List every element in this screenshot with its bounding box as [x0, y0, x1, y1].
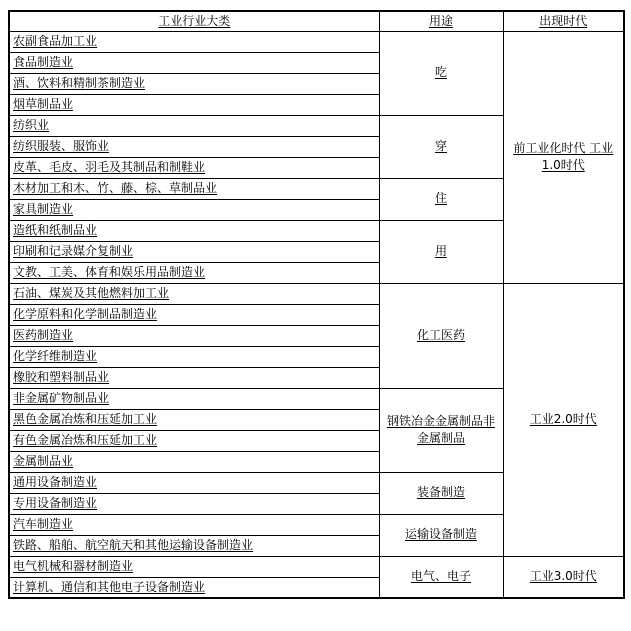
usage-cell-eat: 吃: [379, 31, 503, 115]
industry-cell: 农副食品加工业: [9, 31, 379, 52]
industry-cell: 化学纤维制造业: [9, 346, 379, 367]
industry-cell: 医药制造业: [9, 325, 379, 346]
usage-cell-chemical-pharma: 化工医药: [379, 283, 503, 388]
industry-cell: 黑色金属冶炼和压延加工业: [9, 409, 379, 430]
industry-cell: 烟草制品业: [9, 94, 379, 115]
usage-cell-electric-electronics: 电气、电子: [379, 556, 503, 598]
industry-cell: 非金属矿物制品业: [9, 388, 379, 409]
era-cell-industry-2-0: 工业2.0时代: [503, 283, 624, 556]
industry-cell: 文教、工美、体育和娱乐用品制造业: [9, 262, 379, 283]
industry-cell: 通用设备制造业: [9, 472, 379, 493]
industry-cell: 皮革、毛皮、羽毛及其制品和制鞋业: [9, 157, 379, 178]
industry-cell: 汽车制造业: [9, 514, 379, 535]
header-row: 工业行业大类 用途 出现时代: [9, 11, 624, 31]
table-row: 农副食品加工业 吃 前工业化时代 工业1.0时代: [9, 31, 624, 52]
industry-cell: 有色金属冶炼和压延加工业: [9, 430, 379, 451]
industry-cell: 化学原料和化学制品制造业: [9, 304, 379, 325]
era-cell-industry-1-0: 前工业化时代 工业1.0时代: [503, 31, 624, 283]
industry-cell: 电气机械和器材制造业: [9, 556, 379, 577]
industry-cell: 铁路、船舶、航空航天和其他运输设备制造业: [9, 535, 379, 556]
header-era: 出现时代: [503, 11, 624, 31]
industry-cell: 纺织服装、服饰业: [9, 136, 379, 157]
table-row: 电气机械和器材制造业 电气、电子 工业3.0时代: [9, 556, 624, 577]
industry-cell: 专用设备制造业: [9, 493, 379, 514]
header-industry-category: 工业行业大类: [9, 11, 379, 31]
industry-cell: 造纸和纸制品业: [9, 220, 379, 241]
industry-cell: 印刷和记录媒介复制业: [9, 241, 379, 262]
page: 工业行业大类 用途 出现时代 农副食品加工业 吃 前工业化时代 工业1.0时代 …: [0, 0, 631, 599]
industry-cell: 石油、煤炭及其他燃料加工业: [9, 283, 379, 304]
header-usage: 用途: [379, 11, 503, 31]
industry-era-table: 工业行业大类 用途 出现时代 农副食品加工业 吃 前工业化时代 工业1.0时代 …: [8, 10, 625, 599]
era-cell-industry-3-0: 工业3.0时代: [503, 556, 624, 598]
usage-cell-live: 住: [379, 178, 503, 220]
usage-cell-transport-equipment: 运输设备制造: [379, 514, 503, 556]
industry-cell: 家具制造业: [9, 199, 379, 220]
usage-cell-use: 用: [379, 220, 503, 283]
usage-cell-equipment: 装备制造: [379, 472, 503, 514]
industry-cell: 计算机、通信和其他电子设备制造业: [9, 577, 379, 598]
usage-cell-steel-metal: 钢铁冶金金属制品非金属制品: [379, 388, 503, 472]
industry-cell: 橡胶和塑料制品业: [9, 367, 379, 388]
usage-cell-wear: 穿: [379, 115, 503, 178]
industry-cell: 纺织业: [9, 115, 379, 136]
industry-cell: 酒、饮料和精制茶制造业: [9, 73, 379, 94]
industry-cell: 木材加工和木、竹、藤、棕、草制品业: [9, 178, 379, 199]
industry-cell: 食品制造业: [9, 52, 379, 73]
industry-cell: 金属制品业: [9, 451, 379, 472]
table-row: 石油、煤炭及其他燃料加工业 化工医药 工业2.0时代: [9, 283, 624, 304]
